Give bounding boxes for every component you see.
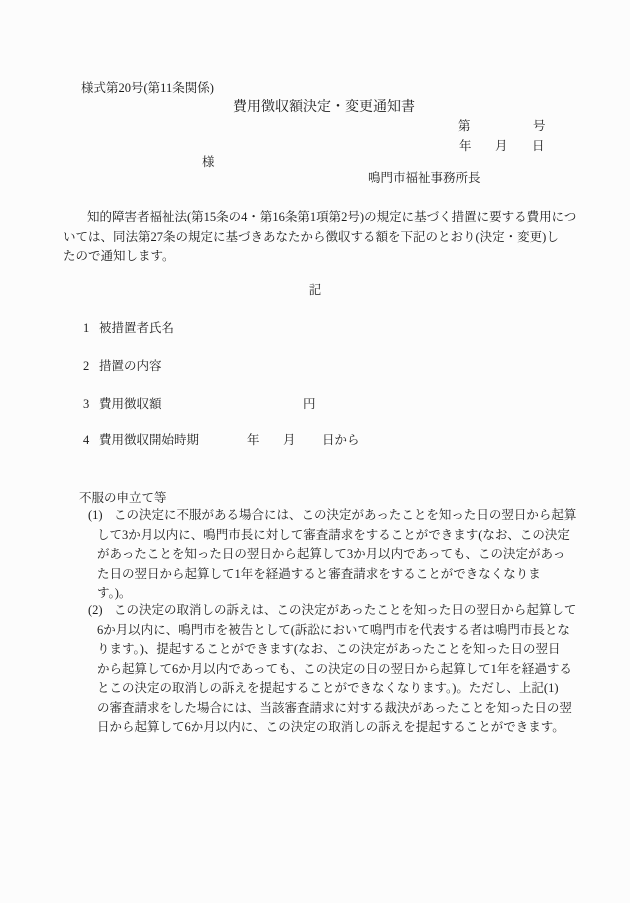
form-number: 様式第20号(第11条関係) xyxy=(81,79,214,99)
document-title: 費用徴収額決定・変更通知書 xyxy=(0,98,630,118)
sender-title: 鳴門市福祉事務所長 xyxy=(368,169,481,189)
yen-unit-label: 円 xyxy=(303,395,316,415)
item-number: 3 xyxy=(83,395,89,415)
body-paragraph: 知的障害者福祉法(第15条の4・第16条第1項第2号)の規定に基づく措置に要する… xyxy=(63,208,583,267)
list-item-fee-amount: 3 費用徴収額 円 xyxy=(63,395,583,415)
list-item-measure-content: 2 措置の内容 xyxy=(63,357,583,377)
item-label: 措置の内容 xyxy=(99,357,162,377)
item-label: 費用徴収開始時期 xyxy=(99,431,199,451)
appeal-clause-1: (1) この決定に不服がある場合には、この決定があったことを知った日の翌日から起… xyxy=(97,506,583,604)
start-month-label: 月 xyxy=(283,431,296,451)
document-page: 様式第20号(第11条関係) 費用徴収額決定・変更通知書 第 号 年 月 日 様… xyxy=(0,0,630,903)
item-label: 費用徴収額 xyxy=(99,395,162,415)
item-label: 被措置者氏名 xyxy=(99,319,174,339)
appeal-clause-number: (1) xyxy=(88,506,103,526)
date-year-label: 年 xyxy=(459,137,472,157)
item-number: 2 xyxy=(83,357,89,377)
addressee-honorific: 様 xyxy=(202,153,215,173)
doc-number-suffix: 号 xyxy=(533,117,546,137)
appeal-clause-text: この決定に不服がある場合には、この決定があったことを知った日の翌日から起算 して… xyxy=(97,506,583,604)
start-year-label: 年 xyxy=(247,431,260,451)
doc-number-prefix: 第 xyxy=(458,117,471,137)
item-number: 4 xyxy=(83,431,89,451)
appeal-clause-text: この決定の取消しの訴えは、この決定があったことを知った日の翌日から起算して 6か… xyxy=(97,601,583,738)
appeal-clause-number: (2) xyxy=(88,601,103,621)
appeal-clause-2: (2) この決定の取消しの訴えは、この決定があったことを知った日の翌日から起算し… xyxy=(97,601,583,738)
list-item-collection-start: 4 費用徴収開始時期 年 月 日から xyxy=(63,431,583,451)
start-day-from-label: 日から xyxy=(322,431,360,451)
record-marker: 記 xyxy=(0,281,630,301)
date-month-label: 月 xyxy=(495,137,508,157)
list-item-recipient-name: 1 被措置者氏名 xyxy=(63,319,583,339)
date-day-label: 日 xyxy=(532,137,545,157)
item-number: 1 xyxy=(83,319,89,339)
